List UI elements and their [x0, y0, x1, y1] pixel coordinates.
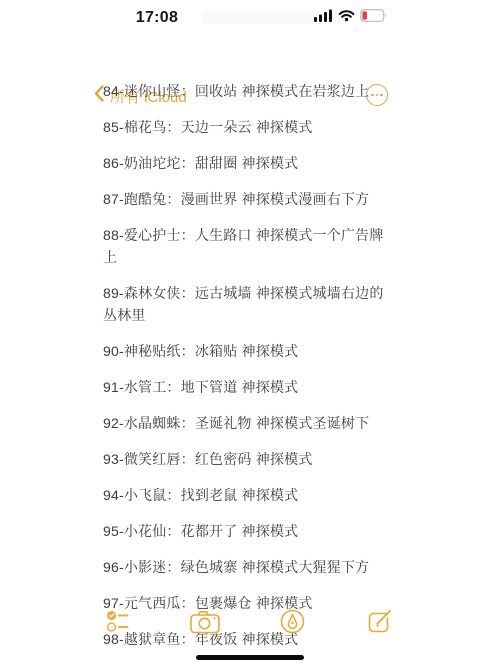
note-content[interactable]: 84-迷你山怪：回收站 神探模式在岩浆边上 85-棉花鸟：天边一朵云 神探模式 … [103, 80, 397, 664]
compose-icon [366, 608, 393, 640]
note-line: 92-水晶蜘蛛：圣诞礼物 神探模式圣诞树下 [103, 412, 397, 434]
home-indicator[interactable] [196, 655, 304, 660]
note-line: 91-水管工：地下管道 神探模式 [103, 376, 397, 398]
compose-button[interactable] [364, 608, 396, 640]
note-line: 90-神秘贴纸：冰箱贴 神探模式 [103, 340, 397, 362]
watermark-remnant [202, 11, 314, 24]
note-line: 86-奶油坨坨：甜甜圈 神探模式 [103, 152, 397, 174]
note-line: 85-棉花鸟：天边一朵云 神探模式 [103, 116, 397, 138]
wifi-icon [338, 9, 355, 27]
note-line: 95-小花仙：花都开了 神探模式 [103, 520, 397, 542]
note-line: 87-跑酷兔：漫画世界 神探模式漫画右下方 [103, 188, 397, 210]
note-line: 93-微笑红唇：红色密码 神探模式 [103, 448, 397, 470]
status-bar: 17:08 [0, 0, 500, 34]
status-time: 17:08 [122, 9, 192, 27]
note-line: 96-小影迷：绿色城寨 神探模式大猩猩下方 [103, 556, 397, 578]
checklist-button[interactable] [102, 608, 134, 640]
camera-icon [190, 610, 221, 639]
nav-bar: 所有 iCloud [0, 40, 500, 72]
checklist-icon [106, 610, 131, 638]
notes-app-screen: 17:08 [0, 0, 500, 667]
status-icons [314, 10, 394, 25]
bottom-toolbar [0, 602, 500, 646]
cellular-signal-icon [314, 9, 333, 27]
note-line: 89-森林女侠：远古城墙 神探模式城墙右边的丛林里 [103, 282, 397, 326]
markup-pen-icon [280, 609, 305, 639]
note-line: 94-小飞鼠：找到老鼠 神探模式 [103, 484, 397, 506]
camera-button[interactable] [189, 608, 221, 640]
note-line: 84-迷你山怪：回收站 神探模式在岩浆边上 [103, 80, 397, 102]
markup-button[interactable] [277, 608, 309, 640]
battery-icon-low [360, 9, 387, 27]
note-line: 88-爱心护士：人生路口 神探模式一个广告牌上 [103, 224, 397, 268]
